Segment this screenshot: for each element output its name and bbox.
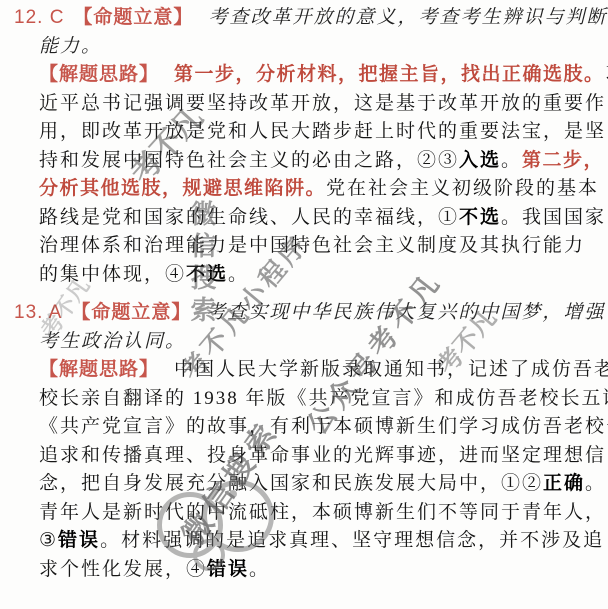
text-segment-bold: 不选 [186,264,228,285]
text-line: 治理体系和治理能力是中国特色社会主义制度及其执行能力 [14,232,604,261]
text-segment-body: 。 [249,559,270,580]
text-segment-body: 用，即改革开放是党和人民大踏步赶上时代的重要法宝，是坚 [39,121,606,142]
text-line: 13. A【命题立意】考查实现中华民族伟大复兴的中国梦，增强 [14,299,604,328]
text-line: 分析其他选肢，规避思维陷阱。党在社会主义初级阶段的基本 [14,175,604,204]
text-segment-body: 校长亲自翻译的 1938 年版《共产党宣言》和成仿吾老校长五译 [39,388,608,409]
scanned-answer-page: 12. C【命题立意】考查改革开放的意义，考查考生辨识与判断能力。【解题思路】第… [0,0,608,609]
text-line: 的集中体现，④不选。 [14,261,604,290]
text-line: 校长亲自翻译的 1938 年版《共产党宣言》和成仿吾老校长五译 [14,385,604,414]
text-segment-bold: 入选 [459,150,501,171]
text-segment-label: 【解题思路】 [39,64,159,85]
text-line: 求个性化发展，④错误。 [14,556,604,585]
text-segment-body: 念，把自身发展充分融入国家和民族发展大局中，①② [39,473,543,494]
text-segment-body: 党在社会主义初级阶段的基本 [326,178,599,199]
text-segment-body: 路线是党和国家的生命线、人民的幸福线，① [39,207,459,228]
answer-item-12: 12. C【命题立意】考查改革开放的意义，考查考生辨识与判断能力。【解题思路】第… [14,4,604,289]
text-segment-body: 的集中体现，④ [39,264,186,285]
text-segment-label: 【命题立意】 [73,7,193,28]
text-segment-kai: 考查实现中华民族伟大复兴的中国梦，增强 [206,302,605,323]
text-line: 念，把自身发展充分融入国家和民族发展大局中，①②正确。 [14,470,604,499]
answer-item-13: 13. A【命题立意】考查实现中华民族伟大复兴的中国梦，增强考生政治认同。【解题… [14,299,604,584]
text-line: 12. C【命题立意】考查改革开放的意义，考查考生辨识与判断 [14,4,604,33]
text-segment-num: 12. C [14,7,64,28]
text-segment-bold: 不选 [459,207,501,228]
text-segment-body: 《共产党宣言》的故事，有利于本硕博新生们学习成仿吾老校长 [39,416,608,437]
text-segment-body: 。我国国家 [501,207,606,228]
text-segment-red: 第一步，分析材料，把握主旨，找出正确选肢。 [174,64,605,85]
answer-items: 12. C【命题立意】考查改革开放的意义，考查考生辨识与判断能力。【解题思路】第… [14,4,604,584]
text-segment-label: 【命题立意】 [71,302,191,323]
text-segment-body: 中国人民大学新版录取通知书，记述了成仿吾老 [174,359,608,380]
text-segment-body: 。 [585,473,606,494]
text-segment-bold: 正确 [543,473,585,494]
text-segment-num: 13. A [14,302,62,323]
text-segment-kai: 能力。 [39,36,102,57]
text-line: 【解题思路】中国人民大学新版录取通知书，记述了成仿吾老 [14,356,604,385]
text-segment-bold: 错误 [58,530,100,551]
text-segment-body: 。 [228,264,249,285]
text-segment-red: 第二步， [522,150,604,171]
text-line: 持和发展中国特色社会主义的必由之路，②③入选。第二步， [14,147,604,176]
text-line: 青年人是新时代的中流砥柱，本硕博新生们不等同于青年人， [14,499,604,528]
text-line: 用，即改革开放是党和人民大踏步赶上时代的重要法宝，是坚 [14,118,604,147]
text-line: 《共产党宣言》的故事，有利于本硕博新生们学习成仿吾老校长 [14,413,604,442]
text-segment-body: 。 [501,150,522,171]
text-line: 【解题思路】第一步，分析材料，把握主旨，找出正确选肢。习 [14,61,604,90]
text-segment-body: 追求和传播真理、投身革命事业的光辉事迹，进而坚定理想信 [39,445,606,466]
text-segment-body: 持和发展中国特色社会主义的必由之路，②③ [39,150,459,171]
text-segment-label: 【解题思路】 [39,359,159,380]
text-segment-body: 治理体系和治理能力是中国特色社会主义制度及其执行能力 [39,235,585,256]
text-segment-body: 习 [605,64,608,85]
text-line: 能力。 [14,33,604,62]
text-segment-body: 求个性化发展，④ [39,559,207,580]
text-line: ③错误。材料强调的是追求真理、坚守理想信念，并不涉及追 [14,527,604,556]
text-line: 路线是党和国家的生命线、人民的幸福线，①不选。我国国家 [14,204,604,233]
text-segment-kai: 考生政治认同。 [39,331,186,352]
text-segment-body: 青年人是新时代的中流砥柱，本硕博新生们不等同于青年人， [39,502,606,523]
text-segment-body: 近平总书记强调要坚持改革开放，这是基于改革开放的重要作 [39,93,606,114]
text-line: 考生政治认同。 [14,328,604,357]
text-segment-red: 分析其他选肢，规避思维陷阱。 [39,178,326,199]
text-segment-body: 。材料强调的是追求真理、坚守理想信念，并不涉及追 [100,530,604,551]
text-line: 近平总书记强调要坚持改革开放，这是基于改革开放的重要作 [14,90,604,119]
text-segment-body: ③ [39,530,58,551]
text-line: 追求和传播真理、投身革命事业的光辉事迹，进而坚定理想信 [14,442,604,471]
text-segment-kai: 考查改革开放的意义，考查考生辨识与判断 [208,7,607,28]
text-segment-bold: 错误 [207,559,249,580]
